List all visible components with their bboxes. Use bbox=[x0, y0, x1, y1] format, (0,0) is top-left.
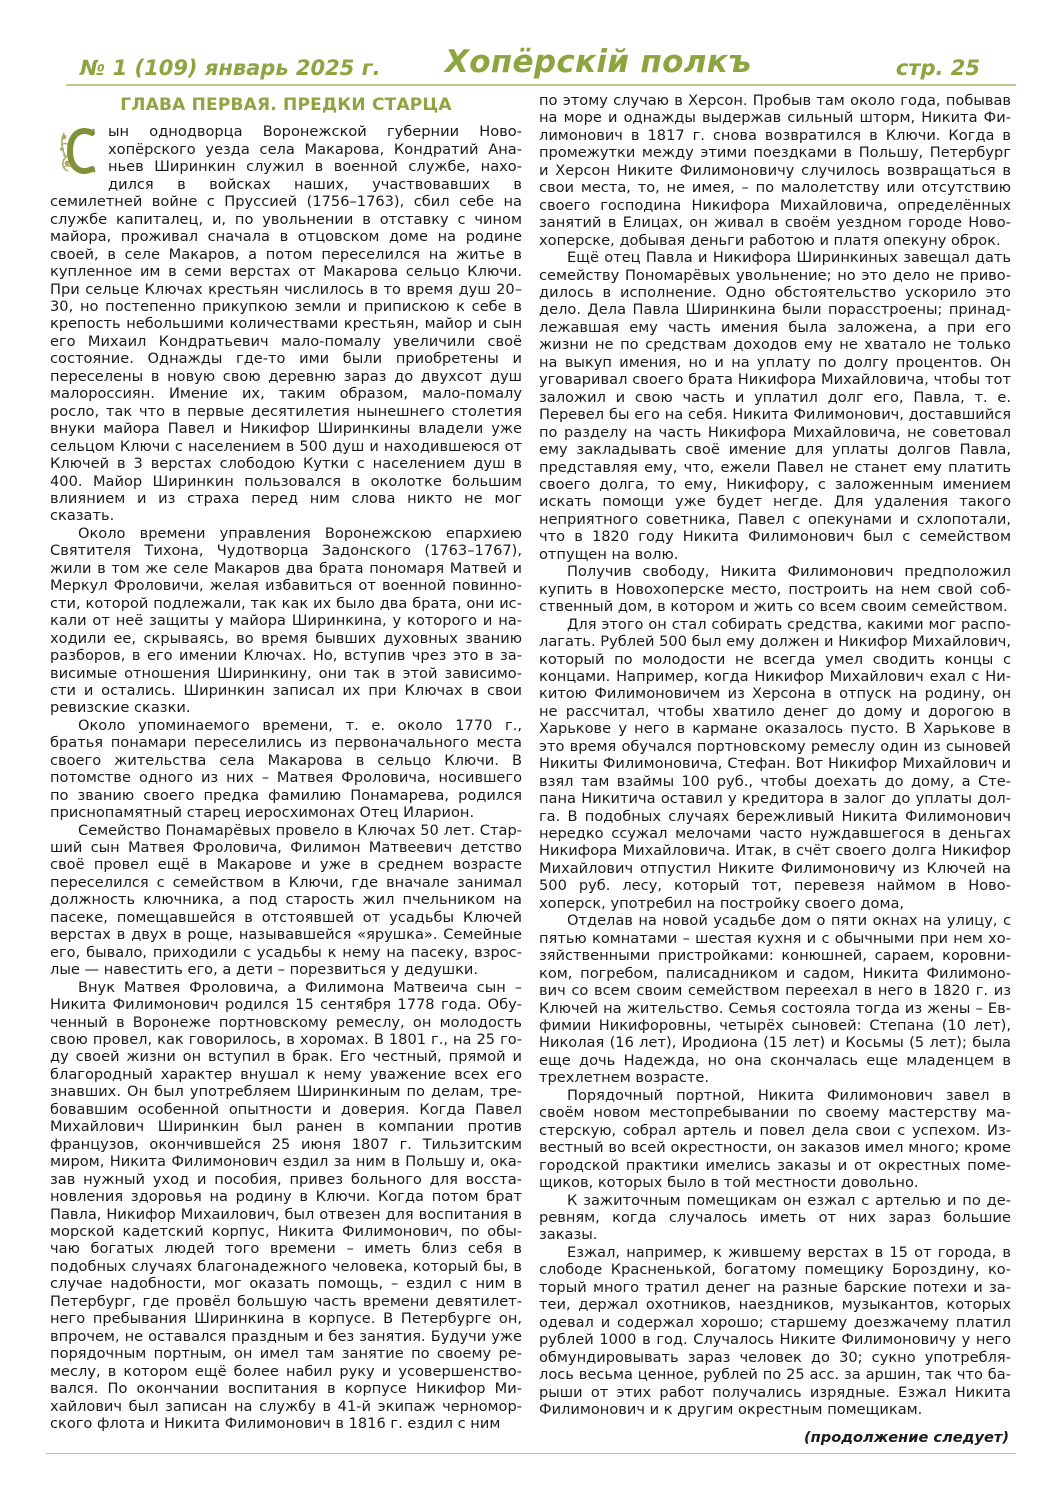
article-paragraph: Ещё отец Павла и Никифора Ширинкиных зав… bbox=[539, 249, 1011, 563]
article-paragraph: К зажиточным помещикам он езжал с артель… bbox=[539, 1192, 1011, 1244]
ornamental-initial-icon bbox=[58, 125, 98, 177]
page-number: стр. 25 bbox=[896, 56, 980, 80]
page-header: № 1 (109) январь 2025 г. Хопёрскій полкъ… bbox=[80, 46, 982, 86]
paragraph-text: ын однодворца Воронежской губернии Ново­… bbox=[50, 123, 522, 524]
footer-divider bbox=[46, 1453, 1016, 1454]
article-paragraph: Семейство Понамарёвых провело в Ключах 5… bbox=[50, 822, 522, 979]
newspaper-page: № 1 (109) январь 2025 г. Хопёрскій полкъ… bbox=[0, 0, 1061, 1500]
to-be-continued-note: (продолжение следует) bbox=[804, 1429, 1009, 1446]
article-paragraph: Около упоминаемого времени, т. е. около … bbox=[50, 717, 522, 822]
article-paragraph: ын однодворца Воронежской губернии Ново­… bbox=[50, 123, 522, 524]
newspaper-title: Хопёрскій полкъ bbox=[445, 44, 752, 80]
article-paragraph: Езжал, например, к жившему верстах в 15 … bbox=[539, 1244, 1011, 1419]
article-paragraph: по этому случаю в Херсон. Пробыв там око… bbox=[539, 92, 1011, 249]
article-column-right: по этому случаю в Херсон. Пробыв там око… bbox=[539, 92, 1011, 1418]
chapter-title: ГЛАВА ПЕРВАЯ. ПРЕДКИ СТАРЦА bbox=[50, 97, 522, 114]
article-paragraph: Отделав на новой усадьбе дом о пяти окна… bbox=[539, 912, 1011, 1087]
article-paragraph: Около времени управления Воронежскою епа… bbox=[50, 525, 522, 717]
article-paragraph: Для этого он стал собирать средства, как… bbox=[539, 616, 1011, 913]
issue-number: № 1 (109) январь 2025 г. bbox=[80, 56, 381, 80]
article-column-left: ГЛАВА ПЕРВАЯ. ПРЕДКИ СТАРЦА ын однодворц… bbox=[50, 95, 522, 1432]
header-divider bbox=[66, 84, 1016, 86]
article-paragraph: Внук Матвея Фроловича, а Филимона Матвеи… bbox=[50, 979, 522, 1433]
article-paragraph: Порядочный портной, Никита Филимонович з… bbox=[539, 1087, 1011, 1192]
ornament-vine-icon bbox=[58, 125, 98, 177]
article-paragraph: Получив свободу, Никита Филимонович пред… bbox=[539, 563, 1011, 615]
